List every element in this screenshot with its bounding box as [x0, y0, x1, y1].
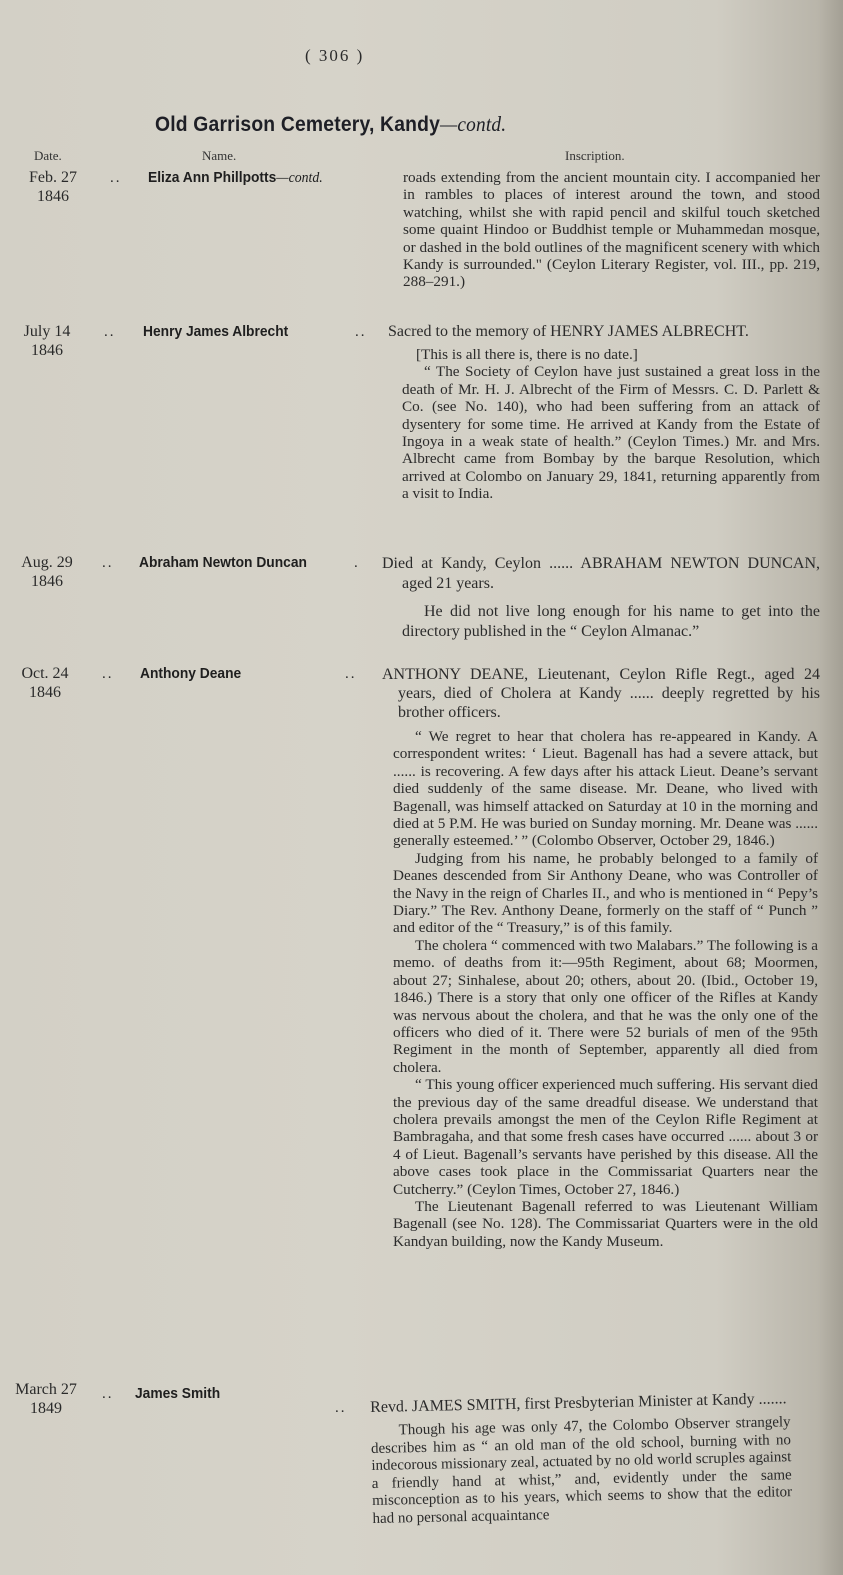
inscription-paragraph: [This is all there is, there is no date.…: [402, 346, 820, 363]
inscription-paragraph: He did not live long enough for his name…: [382, 602, 820, 642]
entry-date: Feb. 271846: [18, 168, 88, 206]
inscription-paragraph: ANTHONY DEANE, Lieutenant, Ceylon Rifle …: [382, 665, 820, 722]
separator-dots: ..: [102, 555, 114, 572]
title-suffix: —contd.: [440, 112, 506, 136]
separator-dots: .: [354, 555, 360, 572]
inscription-paragraph: Judging from his name, he probably belon…: [393, 850, 818, 937]
separator-dots: ..: [102, 1386, 114, 1403]
entry-date: Aug. 291846: [12, 553, 82, 591]
inscription: Revd. JAMES SMITH, first Presbyterian Mi…: [370, 1389, 793, 1528]
column-header-date: Date.: [34, 148, 62, 164]
entry-date: March 271849: [8, 1380, 84, 1418]
inscription-paragraph: Died at Kandy, Ceylon ...... ABRAHAM NEW…: [382, 554, 820, 594]
page-title: Old Garrison Cemetery, Kandy—contd.: [155, 112, 506, 137]
inscription-paragraph: roads extending from the ancient mountai…: [403, 169, 820, 291]
entry-name: Anthony Deane: [140, 665, 241, 682]
inscription-commentary: “ We regret to hear that cholera has re-…: [393, 728, 818, 1250]
inscription: ANTHONY DEANE, Lieutenant, Ceylon Rifle …: [382, 665, 820, 722]
inscription-paragraph: The cholera “ commenced with two Malabar…: [393, 937, 818, 1076]
separator-dots: ..: [104, 324, 116, 341]
inscription: Died at Kandy, Ceylon ...... ABRAHAM NEW…: [382, 554, 820, 642]
inscription-paragraph: “ The Society of Ceylon have just sustai…: [402, 363, 820, 502]
entry-name: Eliza Ann Phillpotts—contd.: [148, 169, 323, 187]
title-text: Old Garrison Cemetery, Kandy: [155, 113, 440, 136]
inscription: [This is all there is, there is no date.…: [402, 346, 820, 503]
inscription-paragraph: Revd. JAMES SMITH, first Presbyterian Mi…: [370, 1389, 790, 1417]
inscription: roads extending from the ancient mountai…: [403, 169, 820, 291]
separator-dots: ..: [110, 170, 122, 187]
entry-date: July 141846: [12, 322, 82, 360]
entry-name: Abraham Newton Duncan: [139, 554, 307, 571]
entry-name: Henry James Albrecht: [143, 323, 288, 340]
column-header-name: Name.: [202, 148, 236, 164]
inscription-paragraph: The Lieutenant Bagenall referred to was …: [393, 1198, 818, 1250]
separator-dots: ..: [355, 324, 367, 341]
inscription-heading: Sacred to the memory of HENRY JAMES ALBR…: [388, 323, 820, 340]
page-number: ( 306 ): [305, 46, 364, 66]
column-header-inscription: Inscription.: [565, 148, 625, 164]
inscription-paragraph: “ We regret to hear that cholera has re-…: [393, 728, 818, 850]
entry-name: James Smith: [135, 1385, 220, 1402]
separator-dots: ..: [102, 666, 114, 683]
separator-dots: ..: [345, 666, 357, 683]
separator-dots: ..: [335, 1400, 347, 1417]
entry-date: Oct. 241846: [10, 664, 80, 702]
inscription-paragraph: “ This young officer experienced much su…: [393, 1076, 818, 1198]
inscription-paragraph: Though his age was only 47, the Colombo …: [371, 1414, 793, 1528]
